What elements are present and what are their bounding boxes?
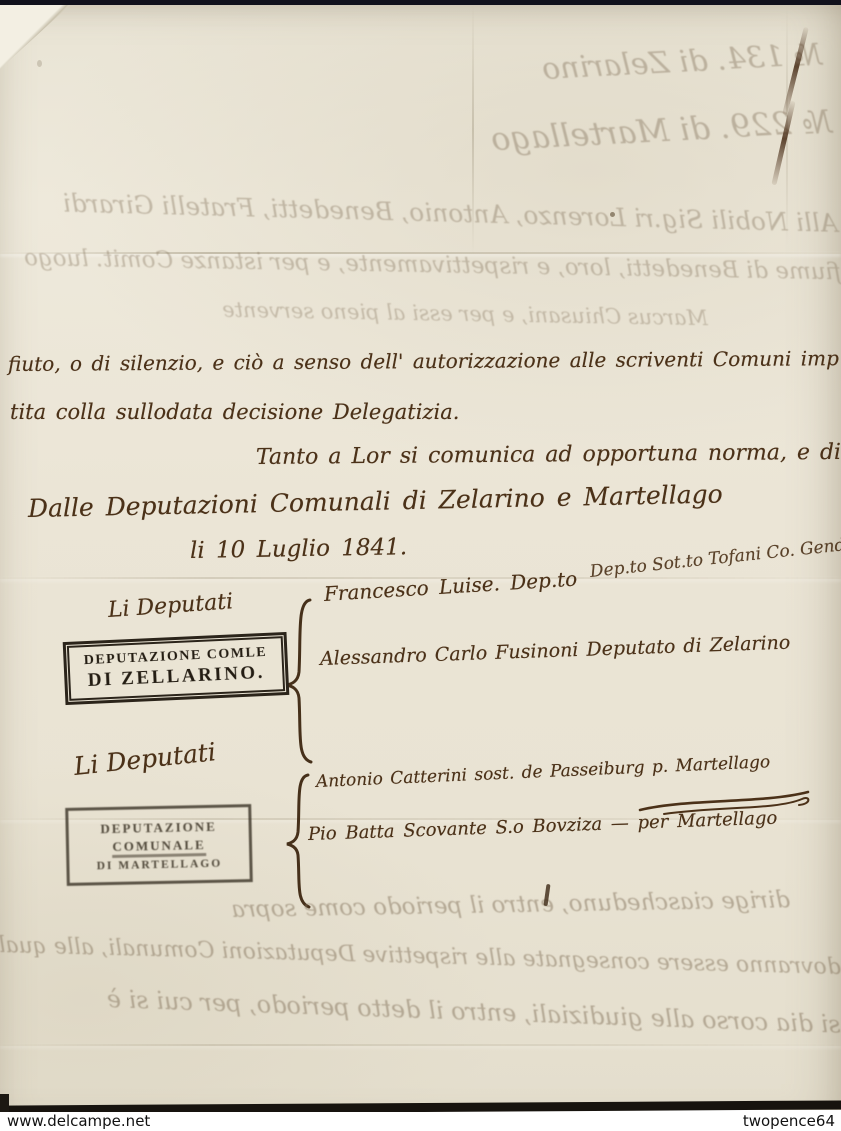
stamp-martellago-line3: DI MARTELLAGO [96, 857, 222, 872]
stamp-zelarino: DEPUTAZIONE COMLE DI ZELLARINO. [63, 632, 290, 705]
watermark-delcampe: www.delcampe.net [7, 1112, 150, 1131]
fold-crease [0, 1044, 841, 1046]
letter-dateline-date: li 10 Luglio 1841. [190, 534, 408, 564]
watermark-seller: twopence64 [743, 1112, 835, 1131]
stamp-martellago: DEPUTAZIONE COMUNALE DI MARTELLAGO [65, 804, 253, 886]
ink-speck [37, 60, 42, 67]
letter-body-line: Tanto a Lor si comunica ad opportuna nor… [256, 440, 841, 470]
letter-body-line: tita colla sullodata decisione Delegatiz… [10, 400, 459, 424]
scanned-letter-photo: № 134. di Zelarino № 229. di Martellago … [0, 0, 841, 1131]
stamp-martellago-line1: DEPUTAZIONE [100, 818, 217, 836]
ink-speck [610, 212, 615, 217]
photo-edge-mark [0, 1094, 9, 1114]
stamp-martellago-line2: COMUNALE [112, 837, 206, 858]
